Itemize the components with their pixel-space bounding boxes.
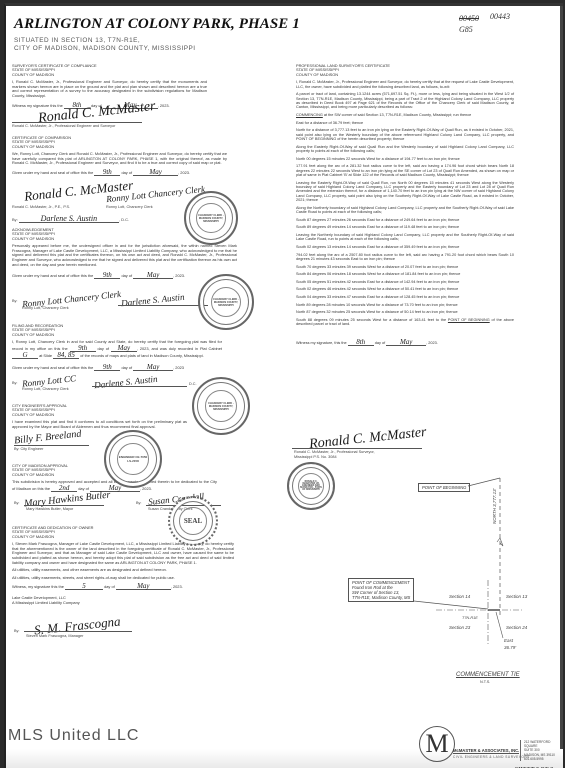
north-dimension: NORTH 3,777.13' [492, 488, 497, 524]
commencement-tie-scale: N.T.S. [480, 680, 490, 684]
address-line-1: 212 WATERFORD SQUARE [524, 740, 563, 748]
township-label: T7N-R1E [462, 616, 478, 620]
section-13-label: Section 13 [506, 594, 527, 599]
firm-name: McMASTER & ASSOCIATES, INC. [453, 748, 519, 754]
firm-subtitle: CIVIL ENGINEERS & LAND SURVEYORS [453, 755, 530, 759]
point-of-commencement-callout: POINT OF COMMENCEMENT Found Iron Rod at … [348, 578, 414, 602]
address-phone: 601.605.5995 [524, 757, 563, 761]
section-14-label: Section 14 [449, 594, 470, 599]
section-23-label: Section 23 [449, 625, 470, 630]
section-24-label: Section 24 [506, 625, 527, 630]
plat-page: ARLINGTON AT COLONY PARK, PHASE 1 SITUAT… [4, 3, 563, 768]
commencement-tie-diagram [6, 6, 563, 768]
poc-line-4: T7N-R1E, Madison County, MS [352, 595, 410, 600]
firm-logo: M [419, 726, 455, 762]
commencement-tie-title: COMMENCEMENT TIE [456, 672, 520, 678]
firm-address: 212 WATERFORD SQUARE SUITE 300 MADISON, … [520, 740, 563, 761]
east-label: East [504, 638, 513, 643]
east-dimension: 36.79' [504, 645, 516, 650]
mls-watermark: MLS United LLC [8, 727, 139, 745]
